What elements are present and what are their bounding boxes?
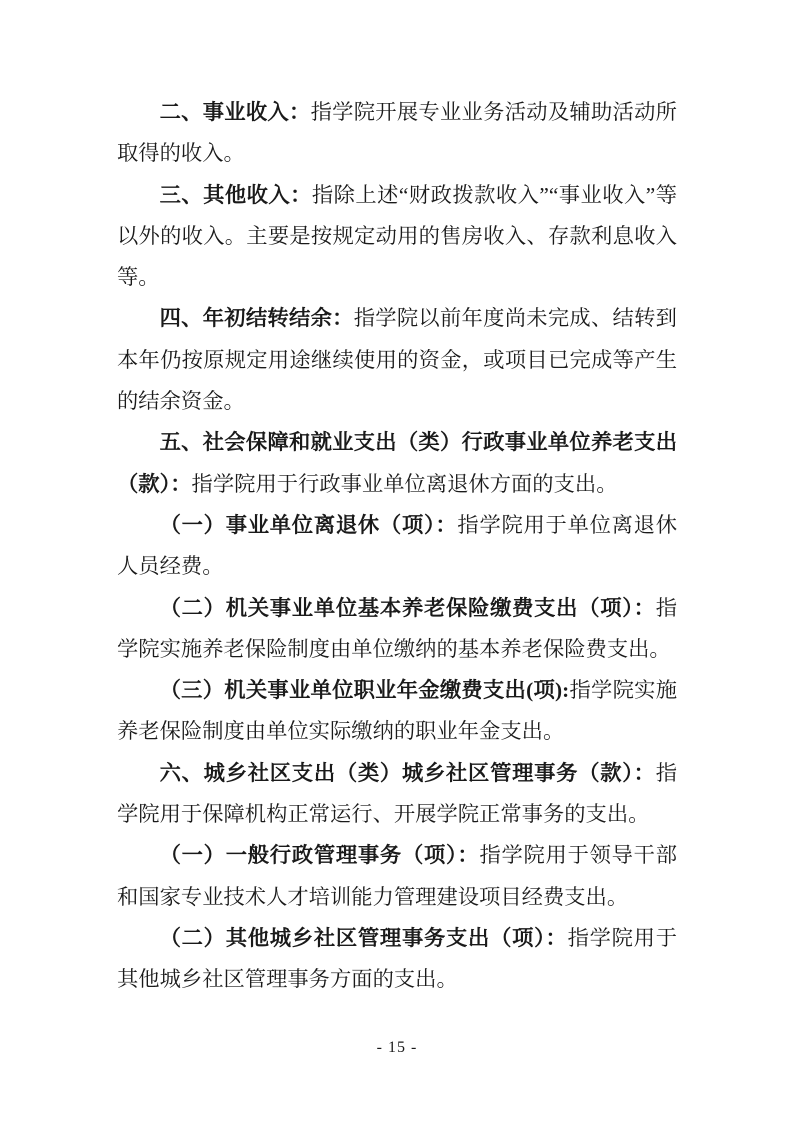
paragraph-heading: （一）一般行政管理事务（项）： — [160, 843, 480, 867]
paragraph: （二）机关事业单位基本养老保险缴费支出（项）：指学院实施养老保险制度由单位缴纳的… — [117, 588, 677, 671]
paragraph-heading: 二、事业收入： — [160, 100, 311, 124]
paragraph: 四、年初结转结余：指学院以前年度尚未完成、结转到本年仍按原规定用途继续使用的资金… — [117, 298, 677, 422]
paragraph: （一）事业单位离退休（项）：指学院用于单位离退休人员经费。 — [117, 505, 677, 588]
paragraph: （一）一般行政管理事务（项）：指学院用于领导干部和国家专业技术人才培训能力管理建… — [117, 835, 677, 918]
paragraph-heading: （一）事业单位离退休（项）： — [160, 513, 458, 537]
document-body: 二、事业收入：指学院开展专业业务活动及辅助活动所取得的收入。 三、其他收入：指除… — [117, 92, 677, 1001]
paragraph: （三）机关事业单位职业年金缴费支出(项):指学院实施养老保险制度由单位实际缴纳的… — [117, 670, 677, 753]
paragraph: （二）其他城乡社区管理事务支出（项）：指学院用于其他城乡社区管理事务方面的支出。 — [117, 918, 677, 1001]
paragraph-heading: 六、城乡社区支出（类）城乡社区管理事务（款）： — [160, 761, 656, 785]
paragraph: 六、城乡社区支出（类）城乡社区管理事务（款）：指学院用于保障机构正常运行、开展学… — [117, 753, 677, 836]
paragraph-heading: 三、其他收入： — [160, 183, 312, 207]
paragraph-heading: 四、年初结转结余： — [160, 306, 354, 330]
paragraph-heading: （二）机关事业单位基本养老保险缴费支出（项）： — [160, 596, 656, 620]
paragraph: 五、社会保障和就业支出（类）行政事业单位养老支出（款）：指学院用于行政事业单位离… — [117, 422, 677, 505]
paragraph-heading: （二）其他城乡社区管理事务支出（项）： — [160, 926, 568, 950]
paragraph-heading: （三）机关事业单位职业年金缴费支出(项): — [160, 678, 570, 702]
paragraph: 二、事业收入：指学院开展专业业务活动及辅助活动所取得的收入。 — [117, 92, 677, 175]
paragraph-text: 指学院用于行政事业单位离退休方面的支出。 — [192, 472, 618, 496]
paragraph: 三、其他收入：指除上述“财政拨款收入”“事业收入”等以外的收入。主要是按规定动用… — [117, 175, 677, 299]
page-number: - 15 - — [0, 1038, 794, 1058]
document-page: 二、事业收入：指学院开展专业业务活动及辅助活动所取得的收入。 三、其他收入：指除… — [0, 0, 794, 1123]
